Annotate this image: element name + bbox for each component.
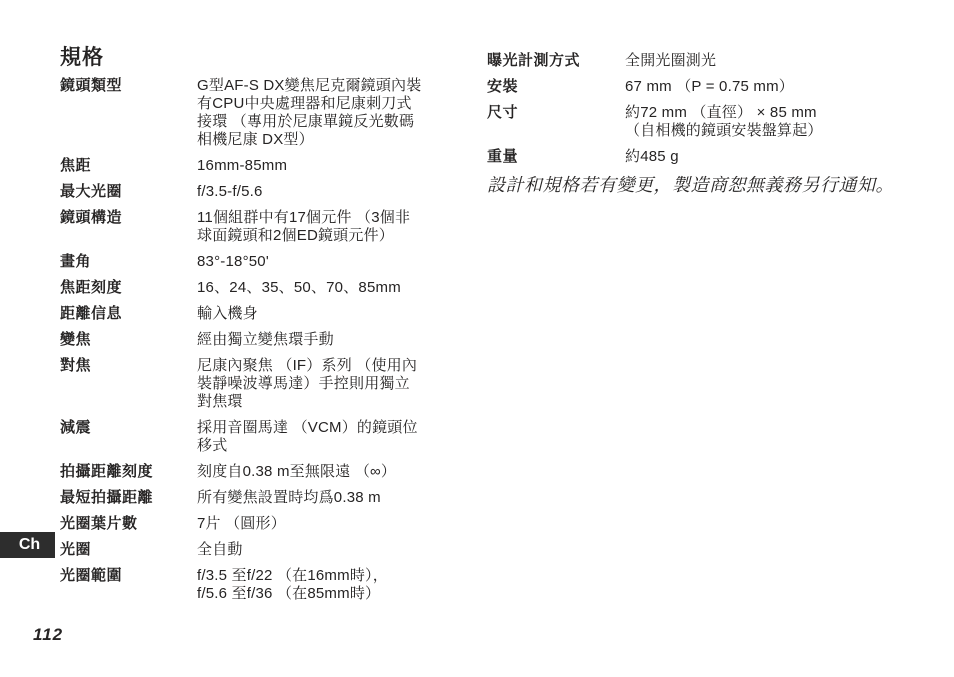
spec-label: 拍攝距離刻度 bbox=[60, 463, 197, 481]
spec-label: 變焦 bbox=[60, 331, 197, 349]
spec-row: 焦距16mm-85mm bbox=[60, 157, 480, 175]
spec-value: 16、24、35、50、70、85mm bbox=[197, 279, 480, 297]
spec-row: 曝光計測方式全開光圈測光 bbox=[487, 52, 932, 70]
spec-label: 鏡頭構造 bbox=[60, 209, 197, 227]
spec-label: 光圈範圍 bbox=[60, 567, 197, 585]
spec-label: 尺寸 bbox=[487, 104, 625, 122]
spec-row: 對焦尼康內聚焦 （IF）系列 （使用內 裝靜噪波導馬達）手控則用獨立 對焦環 bbox=[60, 357, 480, 411]
spec-label: 光圈 bbox=[60, 541, 197, 559]
spec-value: 所有變焦設置時均爲0.38 m bbox=[197, 489, 480, 507]
spec-value: 約485 g bbox=[625, 148, 932, 166]
spec-row: 重量約485 g bbox=[487, 148, 932, 166]
spec-value: 7片 （圓形） bbox=[197, 515, 480, 533]
spec-value: 刻度自0.38 m至無限遠 （∞） bbox=[197, 463, 480, 481]
spec-row: 變焦經由獨立變焦環手動 bbox=[60, 331, 480, 349]
spec-value: 全自動 bbox=[197, 541, 480, 559]
spec-label: 曝光計測方式 bbox=[487, 52, 625, 70]
spec-value: f/3.5 至f/22 （在16mm時）， f/5.6 至f/36 （在85mm… bbox=[197, 567, 480, 603]
spec-value: 11個組群中有17個元件 （3個非 球面鏡頭和2個ED鏡頭元件） bbox=[197, 209, 480, 245]
manual-page: 規格 鏡頭類型G型AF-S DX變焦尼克爾鏡頭內裝 有CPU中央處理器和尼康刺刀… bbox=[0, 0, 954, 677]
page-number: 112 bbox=[33, 625, 63, 645]
spec-value: 16mm-85mm bbox=[197, 157, 480, 175]
spec-value: 採用音圈馬達 （VCM）的鏡頭位 移式 bbox=[197, 419, 480, 455]
spec-row: 減震採用音圈馬達 （VCM）的鏡頭位 移式 bbox=[60, 419, 480, 455]
spec-value: 經由獨立變焦環手動 bbox=[197, 331, 480, 349]
spec-value: 尼康內聚焦 （IF）系列 （使用內 裝靜噪波導馬達）手控則用獨立 對焦環 bbox=[197, 357, 480, 411]
spec-value: 67 mm （P = 0.75 mm） bbox=[625, 78, 932, 96]
spec-label: 安裝 bbox=[487, 78, 625, 96]
spec-row: 鏡頭構造11個組群中有17個元件 （3個非 球面鏡頭和2個ED鏡頭元件） bbox=[60, 209, 480, 245]
specs-table-right: 曝光計測方式全開光圈測光安裝67 mm （P = 0.75 mm）尺寸約72 m… bbox=[487, 52, 932, 166]
spec-row: 距離信息輸入機身 bbox=[60, 305, 480, 323]
spec-row: 畫角83°-18°50' bbox=[60, 253, 480, 271]
spec-label: 最短拍攝距離 bbox=[60, 489, 197, 507]
spec-row: 安裝67 mm （P = 0.75 mm） bbox=[487, 78, 932, 96]
spec-label: 鏡頭類型 bbox=[60, 77, 197, 95]
spec-label: 最大光圈 bbox=[60, 183, 197, 201]
spec-label: 減震 bbox=[60, 419, 197, 437]
spec-row: 焦距刻度16、24、35、50、70、85mm bbox=[60, 279, 480, 297]
spec-row: 最短拍攝距離所有變焦設置時均爲0.38 m bbox=[60, 489, 480, 507]
specs-column-right: 曝光計測方式全開光圈測光安裝67 mm （P = 0.75 mm）尺寸約72 m… bbox=[487, 52, 932, 196]
spec-value: 約72 mm （直徑） × 85 mm （自相機的鏡頭安裝盤算起） bbox=[625, 104, 932, 140]
spec-value: 83°-18°50' bbox=[197, 253, 480, 271]
spec-row: 光圈範圍f/3.5 至f/22 （在16mm時）， f/5.6 至f/36 （在… bbox=[60, 567, 480, 603]
language-tab-ch: Ch bbox=[0, 532, 55, 558]
spec-value: 輸入機身 bbox=[197, 305, 480, 323]
spec-label: 畫角 bbox=[60, 253, 197, 271]
specs-table-left: 鏡頭類型G型AF-S DX變焦尼克爾鏡頭內裝 有CPU中央處理器和尼康刺刀式 接… bbox=[60, 77, 480, 603]
spec-value: G型AF-S DX變焦尼克爾鏡頭內裝 有CPU中央處理器和尼康刺刀式 接環 （專… bbox=[197, 77, 480, 149]
spec-label: 重量 bbox=[487, 148, 625, 166]
spec-label: 距離信息 bbox=[60, 305, 197, 323]
disclaimer-note: 設計和規格若有變更，製造商恕無義務另行通知。 bbox=[487, 174, 932, 196]
spec-value: 全開光圈測光 bbox=[625, 52, 932, 70]
spec-row: 尺寸約72 mm （直徑） × 85 mm （自相機的鏡頭安裝盤算起） bbox=[487, 104, 932, 140]
spec-row: 拍攝距離刻度刻度自0.38 m至無限遠 （∞） bbox=[60, 463, 480, 481]
spec-label: 焦距刻度 bbox=[60, 279, 197, 297]
spec-row: 光圈葉片數7片 （圓形） bbox=[60, 515, 480, 533]
spec-label: 焦距 bbox=[60, 157, 197, 175]
spec-row: 最大光圈f/3.5-f/5.6 bbox=[60, 183, 480, 201]
page-title: 規格 bbox=[60, 45, 480, 71]
spec-row: 光圈全自動 bbox=[60, 541, 480, 559]
spec-row: 鏡頭類型G型AF-S DX變焦尼克爾鏡頭內裝 有CPU中央處理器和尼康刺刀式 接… bbox=[60, 77, 480, 149]
spec-value: f/3.5-f/5.6 bbox=[197, 183, 480, 201]
spec-label: 對焦 bbox=[60, 357, 197, 375]
spec-label: 光圈葉片數 bbox=[60, 515, 197, 533]
specs-column-left: 規格 鏡頭類型G型AF-S DX變焦尼克爾鏡頭內裝 有CPU中央處理器和尼康刺刀… bbox=[60, 45, 480, 611]
